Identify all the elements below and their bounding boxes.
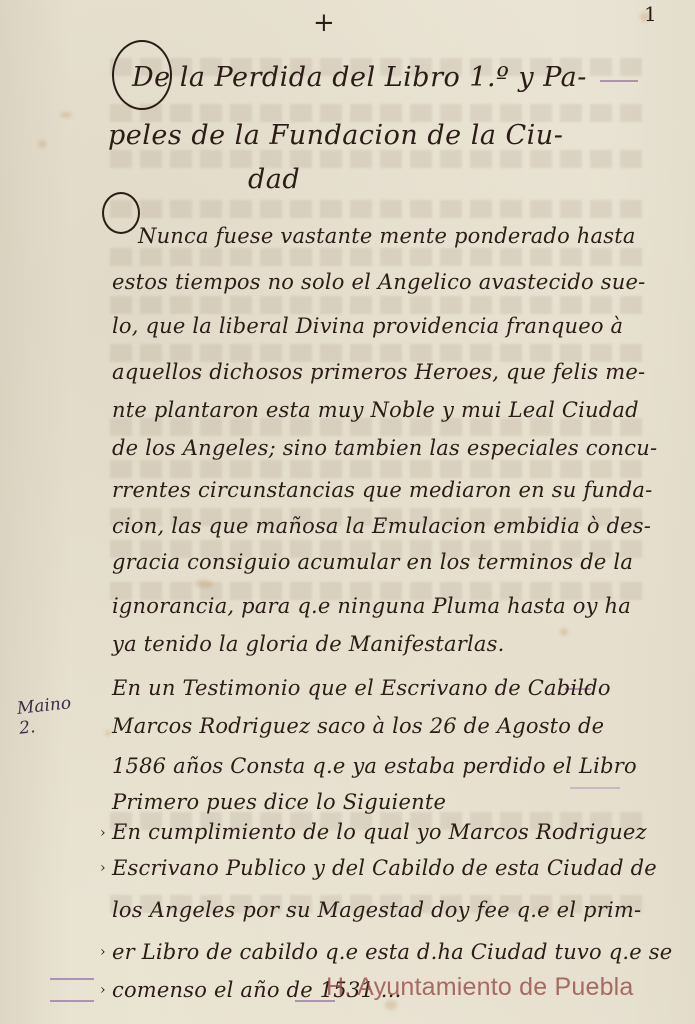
title-line-1: De la Perdida del Libro 1.º y Pa- <box>132 62 587 93</box>
margin-mark <box>50 978 94 980</box>
folio-number: 1 <box>644 2 657 26</box>
body-line: ignorancia, para q.e ninguna Pluma hasta… <box>112 594 631 618</box>
decorative-initial-n <box>102 192 140 234</box>
body-line: de los Angeles; sino tambien las especia… <box>112 436 657 460</box>
body-line: gracia consiguio acumular en los termino… <box>112 550 633 574</box>
quote-mark: › <box>100 982 106 998</box>
bleed-through <box>110 150 650 168</box>
margin-mark <box>570 787 620 789</box>
header-cross-mark: + <box>313 8 335 38</box>
bleed-through <box>110 248 650 266</box>
manuscript-page: + 1 De la Perdida del Libro 1.º y Pa- pe… <box>0 0 695 1024</box>
stain <box>60 112 72 118</box>
body-line: lo, que la liberal Divina providencia fr… <box>112 314 623 338</box>
stain <box>560 628 568 636</box>
bleed-through <box>110 200 650 218</box>
margin-note: Maino 2. <box>16 693 74 738</box>
quote-mark: › <box>100 825 106 841</box>
body-line: Primero pues dice lo Siguiente <box>112 790 446 814</box>
body-line: estos tiempos no solo el Angelico avaste… <box>112 270 645 294</box>
body-line: er Libro de cabildo q.e esta d.ha Ciudad… <box>112 940 672 964</box>
body-line: cion, las que mañosa la Emulacion embidi… <box>112 514 651 538</box>
body-line: Nunca fuese vastante mente ponderado has… <box>138 224 636 248</box>
stain <box>195 580 213 588</box>
body-line: aquellos dichosos primeros Heroes, que f… <box>112 360 645 384</box>
body-line: 1586 años Consta q.e ya estaba perdido e… <box>112 754 637 778</box>
body-line: rrentes circunstancias que mediaron en s… <box>112 478 652 502</box>
body-line: nte plantaron esta muy Noble y mui Leal … <box>112 398 639 422</box>
quote-mark: › <box>100 944 106 960</box>
margin-mark <box>50 1000 94 1002</box>
quote-mark: › <box>100 860 106 876</box>
stain <box>38 140 46 148</box>
bleed-through <box>110 460 650 478</box>
margin-note-line: 2. <box>18 713 74 739</box>
body-line: ya tenido la gloria de Manifestarlas. <box>112 632 504 656</box>
bleed-through <box>110 296 650 314</box>
margin-mark <box>600 80 638 82</box>
body-line: Marcos Rodriguez saco à los 26 de Agosto… <box>112 714 604 738</box>
archive-watermark: H. Ayuntamiento de Puebla <box>326 973 634 1002</box>
title-line-3: dad <box>248 164 300 195</box>
title-line-2: peles de la Fundacion de la Ciu- <box>108 120 563 151</box>
stain <box>105 730 111 736</box>
body-line: los Angeles por su Magestad doy fee q.e … <box>112 898 641 922</box>
body-line: En cumplimiento de lo qual yo Marcos Rod… <box>112 820 647 844</box>
body-line: Escrivano Publico y del Cabildo de esta … <box>112 856 657 880</box>
body-line: En un Testimonio que el Escrivano de Cab… <box>112 676 611 700</box>
